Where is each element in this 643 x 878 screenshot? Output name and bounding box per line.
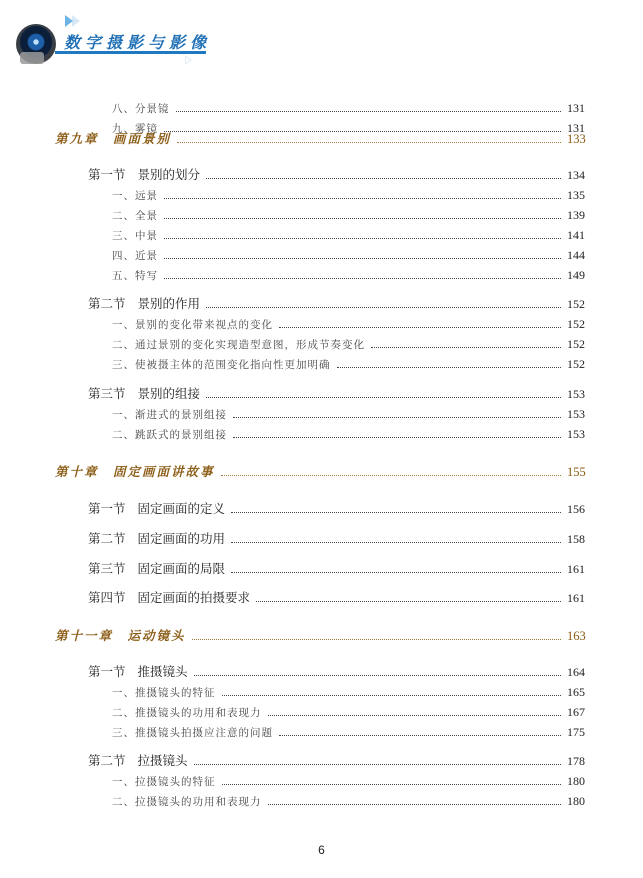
toc-page-number: 149 bbox=[567, 268, 589, 283]
toc-page-number: 178 bbox=[567, 754, 589, 769]
toc-page-number: 156 bbox=[567, 502, 589, 517]
toc-page-number: 163 bbox=[567, 629, 589, 644]
dot-leader bbox=[231, 571, 561, 573]
lens-tag-decoration bbox=[20, 52, 44, 64]
toc-page-number: 165 bbox=[567, 685, 589, 700]
toc-page-number: 131 bbox=[567, 101, 589, 116]
toc-entry-label: 第一节固定画面的定义 bbox=[88, 499, 225, 517]
dot-leader bbox=[268, 803, 562, 805]
section-number: 第一节 bbox=[88, 167, 126, 182]
section-title: 拉摄镜头 bbox=[138, 753, 188, 768]
arrow-decoration-icon bbox=[65, 15, 73, 27]
toc-page-number: 180 bbox=[567, 794, 589, 809]
dot-leader bbox=[231, 511, 561, 513]
toc-page-number: 158 bbox=[567, 532, 589, 547]
dot-leader bbox=[221, 474, 561, 476]
page-header: 数字摄影与影像 bbox=[0, 0, 643, 70]
dot-leader bbox=[164, 257, 561, 259]
toc-entry-label: 三、推摄镜头拍摄应注意的问题 bbox=[112, 725, 273, 740]
toc-item-entry[interactable]: 二、拉摄镜头的功用和表现力180 bbox=[112, 793, 589, 809]
dot-leader bbox=[233, 416, 561, 418]
toc-page-number: 167 bbox=[567, 705, 589, 720]
toc-item-entry[interactable]: 一、景别的变化带来视点的变化152 bbox=[112, 316, 589, 332]
dot-leader bbox=[337, 366, 562, 368]
dot-leader bbox=[194, 763, 561, 765]
toc-item-entry[interactable]: 二、通过景别的变化实现造型意图，形成节奏变化152 bbox=[112, 336, 589, 352]
toc-entry-label: 第三节固定画面的局限 bbox=[88, 559, 225, 577]
toc-item-entry[interactable]: 五、特写149 bbox=[112, 267, 589, 283]
dot-leader bbox=[164, 197, 561, 199]
dot-leader bbox=[371, 346, 561, 348]
dot-leader bbox=[268, 714, 562, 716]
toc-page-number: 153 bbox=[567, 407, 589, 422]
toc-page-number: 152 bbox=[567, 297, 589, 312]
dot-leader bbox=[176, 110, 562, 112]
toc-entry-label: 第十章 固定画面讲故事 bbox=[55, 462, 215, 480]
toc-item-entry[interactable]: 一、渐进式的景别组接153 bbox=[112, 406, 589, 422]
dot-leader bbox=[222, 783, 562, 785]
toc-item-entry[interactable]: 八、分景镜131 bbox=[112, 100, 589, 116]
section-title: 推摄镜头 bbox=[138, 664, 188, 679]
dot-leader bbox=[231, 541, 561, 543]
toc-entry-label: 四、近景 bbox=[112, 248, 158, 263]
dot-leader bbox=[164, 277, 561, 279]
toc-item-entry[interactable]: 三、中景141 bbox=[112, 227, 589, 243]
toc-section-entry[interactable]: 第三节固定画面的局限161 bbox=[88, 561, 589, 577]
section-title: 固定画面的拍摄要求 bbox=[138, 590, 251, 605]
dot-leader bbox=[233, 436, 561, 438]
toc-page-number: 175 bbox=[567, 725, 589, 740]
toc-entry-label: 一、推摄镜头的特征 bbox=[112, 685, 216, 700]
toc-page-number: 144 bbox=[567, 248, 589, 263]
toc-entry-label: 第二节景别的作用 bbox=[88, 294, 200, 312]
section-title: 固定画面的局限 bbox=[138, 561, 226, 576]
toc-entry-label: 第一节推摄镜头 bbox=[88, 662, 188, 680]
toc-entry-label: 一、远景 bbox=[112, 188, 158, 203]
dot-leader bbox=[206, 396, 561, 398]
toc-page-number: 153 bbox=[567, 387, 589, 402]
toc-section-entry[interactable]: 第一节推摄镜头164 bbox=[88, 664, 589, 680]
toc-page-number: 135 bbox=[567, 188, 589, 203]
toc-item-entry[interactable]: 一、远景135 bbox=[112, 187, 589, 203]
toc-page-number: 152 bbox=[567, 337, 589, 352]
toc-section-entry[interactable]: 第二节景别的作用152 bbox=[88, 296, 589, 312]
dot-leader bbox=[206, 177, 561, 179]
toc-page-number: 141 bbox=[567, 228, 589, 243]
toc-item-entry[interactable]: 四、近景144 bbox=[112, 247, 589, 263]
dot-leader bbox=[279, 734, 561, 736]
toc-page-number: 164 bbox=[567, 665, 589, 680]
toc-page-number: 161 bbox=[567, 591, 589, 606]
toc-entry-label: 第三节景别的组接 bbox=[88, 384, 200, 402]
toc-page-number: 180 bbox=[567, 774, 589, 789]
section-number: 第一节 bbox=[88, 664, 126, 679]
toc-section-entry[interactable]: 第二节拉摄镜头178 bbox=[88, 753, 589, 769]
toc-section-entry[interactable]: 第一节景别的划分134 bbox=[88, 167, 589, 183]
dot-leader bbox=[164, 217, 561, 219]
section-number: 第三节 bbox=[88, 561, 126, 576]
toc-item-entry[interactable]: 二、推摄镜头的功用和表现力167 bbox=[112, 704, 589, 720]
title-underline bbox=[55, 51, 206, 54]
dot-leader bbox=[206, 306, 561, 308]
section-number: 第三节 bbox=[88, 386, 126, 401]
toc-section-entry[interactable]: 第三节景别的组接153 bbox=[88, 386, 589, 402]
dot-leader bbox=[164, 237, 561, 239]
toc-chapter-entry[interactable]: 第十章 固定画面讲故事155 bbox=[55, 464, 589, 480]
toc-item-entry[interactable]: 二、全景139 bbox=[112, 207, 589, 223]
toc-entry-label: 二、通过景别的变化实现造型意图，形成节奏变化 bbox=[112, 337, 365, 352]
section-title: 景别的划分 bbox=[138, 167, 201, 182]
toc-entry-label: 五、特写 bbox=[112, 268, 158, 283]
page-number: 6 bbox=[0, 843, 643, 857]
toc-entry-label: 第十一章 运动镜头 bbox=[55, 626, 186, 644]
toc-entry-label: 三、使被摄主体的范围变化指向性更加明确 bbox=[112, 357, 331, 372]
section-number: 第二节 bbox=[88, 296, 126, 311]
dot-leader bbox=[194, 674, 561, 676]
toc-entry-label: 第四节固定画面的拍摄要求 bbox=[88, 588, 250, 606]
toc-page-number: 153 bbox=[567, 427, 589, 442]
section-number: 第二节 bbox=[88, 753, 126, 768]
toc-item-entry[interactable]: 三、使被摄主体的范围变化指向性更加明确152 bbox=[112, 356, 589, 372]
toc-entry-label: 二、推摄镜头的功用和表现力 bbox=[112, 705, 262, 720]
toc-page-number: 155 bbox=[567, 465, 589, 480]
section-title: 景别的作用 bbox=[138, 296, 201, 311]
toc-entry-label: 第二节拉摄镜头 bbox=[88, 751, 188, 769]
dot-leader bbox=[279, 326, 561, 328]
toc-page-number: 139 bbox=[567, 208, 589, 223]
toc-entry-label: 一、景别的变化带来视点的变化 bbox=[112, 317, 273, 332]
toc-entry-label: 二、全景 bbox=[112, 208, 158, 223]
book-title: 数字摄影与影像 bbox=[64, 30, 211, 53]
toc-entry-label: 第二节固定画面的功用 bbox=[88, 529, 225, 547]
section-number: 第二节 bbox=[88, 531, 126, 546]
section-number: 第一节 bbox=[88, 501, 126, 516]
toc-page-number: 152 bbox=[567, 357, 589, 372]
toc-entry-label: 第九章 画面景别 bbox=[55, 129, 171, 147]
toc-chapter-entry[interactable]: 第十一章 运动镜头163 bbox=[55, 628, 589, 644]
toc-page-number: 152 bbox=[567, 317, 589, 332]
toc-page-number: 134 bbox=[567, 168, 589, 183]
section-number: 第四节 bbox=[88, 590, 126, 605]
dot-leader bbox=[177, 141, 561, 143]
toc-item-entry[interactable]: 二、跳跃式的景别组接153 bbox=[112, 426, 589, 442]
toc-item-entry[interactable]: 一、推摄镜头的特征165 bbox=[112, 684, 589, 700]
toc-item-entry[interactable]: 三、推摄镜头拍摄应注意的问题175 bbox=[112, 724, 589, 740]
toc-section-entry[interactable]: 第二节固定画面的功用158 bbox=[88, 531, 589, 547]
toc-page-number: 161 bbox=[567, 562, 589, 577]
toc-entry-label: 第一节景别的划分 bbox=[88, 165, 200, 183]
toc-entry-label: 二、拉摄镜头的功用和表现力 bbox=[112, 794, 262, 809]
dot-leader bbox=[192, 638, 561, 640]
toc-entry-label: 八、分景镜 bbox=[112, 101, 170, 116]
section-title: 景别的组接 bbox=[138, 386, 201, 401]
toc-section-entry[interactable]: 第一节固定画面的定义156 bbox=[88, 501, 589, 517]
arrow-decoration-inner bbox=[186, 57, 190, 63]
toc-section-entry[interactable]: 第四节固定画面的拍摄要求161 bbox=[88, 590, 589, 606]
toc-entry-label: 三、中景 bbox=[112, 228, 158, 243]
section-title: 固定画面的定义 bbox=[138, 501, 226, 516]
toc-entry-label: 二、跳跃式的景别组接 bbox=[112, 427, 227, 442]
toc-page-number: 133 bbox=[567, 132, 589, 147]
section-title: 固定画面的功用 bbox=[138, 531, 226, 546]
toc-entry-label: 一、渐进式的景别组接 bbox=[112, 407, 227, 422]
dot-leader bbox=[222, 694, 562, 696]
toc-entry-label: 一、拉摄镜头的特征 bbox=[112, 774, 216, 789]
dot-leader bbox=[256, 600, 561, 602]
toc-item-entry[interactable]: 一、拉摄镜头的特征180 bbox=[112, 773, 589, 789]
arrow-decoration-icon bbox=[72, 15, 80, 27]
toc-chapter-entry[interactable]: 第九章 画面景别133 bbox=[55, 131, 589, 147]
